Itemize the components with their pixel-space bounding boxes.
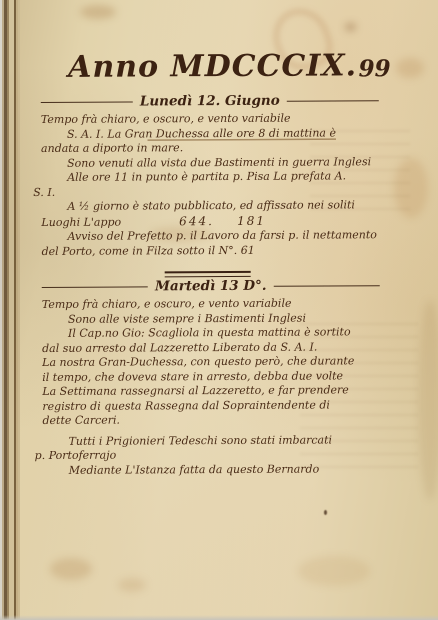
manuscript-line: Avviso del Prefetto p. il Lavoro da fars… — [41, 228, 409, 244]
manuscript-line-text: dal suo arresto dal Lazzeretto Liberato … — [42, 340, 317, 354]
manuscript-line: A ½ giorno è stato pubblicato, ed affiss… — [41, 198, 409, 214]
manuscript-line-text: S. I. — [33, 185, 55, 198]
manuscript-line-text: il tempo, che doveva stare in arresto, d… — [42, 369, 343, 384]
manuscript-line-text: S. A. I. La Gran Duchessa alle ore 8 di … — [67, 126, 336, 141]
manuscript-line: dette Carceri. — [42, 412, 410, 428]
paper-stain — [345, 23, 356, 31]
manuscript-line-text: p. Portoferrajo — [35, 449, 117, 462]
manuscript-line-text: dette Carceri. — [42, 414, 120, 427]
manuscript-line: del Porto, come in Filza sotto il N°. 61 — [42, 243, 410, 259]
manuscript-line-text: Il Cap.no Gio: Scagliola in questa matti… — [68, 325, 351, 339]
journal-entry: Lunedì 12. GiugnoTempo frà chiaro, e osc… — [41, 92, 410, 259]
manuscript-line-text: del Porto, come in Filza sotto il N°. 61 — [42, 243, 255, 257]
manuscript-line-text: Mediante L'Istanza fatta da questo Berna… — [69, 462, 320, 476]
date-heading: Martedì 13 D°. — [155, 278, 267, 295]
journal-entry: Martedì 13 D°.Tempo frà chiaro, e oscuro… — [42, 270, 411, 478]
manuscript-line-text: Tempo frà chiaro, e oscuro, e vento vari… — [41, 112, 291, 126]
heading-rule — [41, 101, 133, 102]
manuscript-line-text: andata a diporto in mare. — [41, 141, 183, 155]
heading-rule — [287, 100, 379, 101]
register-numbers: 644. 181 — [179, 213, 266, 228]
manuscript-content: Anno MDCCCIX. 99 Lunedì 12. GiugnoTempo … — [19, 45, 438, 620]
manuscript-line: Sono venuti alla vista due Bastimenti in… — [41, 155, 409, 171]
manuscript-line: Mediante L'Istanza fatta da questo Berna… — [43, 462, 411, 478]
manuscript-line-text: A ½ giorno è stato pubblicato, ed affiss… — [67, 198, 355, 213]
manuscript-line-text: Alle ore 11 in punto è partita p. Pisa L… — [67, 169, 346, 183]
year-title: Anno MDCCCIX. — [29, 45, 397, 89]
manuscript-line-text: Tutti i Prigionieri Tedeschi sono stati … — [69, 433, 333, 447]
manuscript-line-text: Sono alle viste sempre i Bastimenti Ingl… — [68, 311, 306, 325]
journal-entries: Lunedì 12. GiugnoTempo frà chiaro, e osc… — [41, 92, 411, 478]
manuscript-line-text: Avviso del Prefetto p. il Lavoro da fars… — [67, 228, 376, 243]
book-binding-edge — [0, 0, 20, 620]
manuscript-line-text: La nostra Gran-Duchessa, con questo però… — [42, 354, 354, 369]
paper-stain — [80, 5, 116, 19]
heading-rule — [274, 285, 380, 287]
manuscript-line-text: Sono venuti alla vista due Bastimenti in… — [67, 155, 371, 170]
heading-rule — [42, 286, 148, 288]
page-bottom-edge — [0, 615, 438, 620]
manuscript-line-text: La Settimana rassegnarsi al Lazzeretto, … — [42, 383, 349, 398]
manuscript-page-photo: Anno MDCCCIX. 99 Lunedì 12. GiugnoTempo … — [0, 0, 438, 620]
manuscript-line-text: registro di questa Rassegna dal Sopraint… — [42, 398, 330, 413]
date-heading-row: Lunedì 12. Giugno — [41, 92, 379, 110]
page-number: 99 — [359, 55, 391, 82]
manuscript-line-text: Luoghi L'appo — [41, 215, 121, 228]
entry-divider — [165, 271, 251, 277]
title-row: Anno MDCCCIX. 99 — [40, 45, 408, 93]
manuscript-line-text: Tempo frà chiaro, e oscuro, e vento vari… — [42, 297, 292, 311]
date-heading: Lunedì 12. Giugno — [140, 93, 280, 110]
date-heading-row: Martedì 13 D°. — [42, 277, 380, 295]
